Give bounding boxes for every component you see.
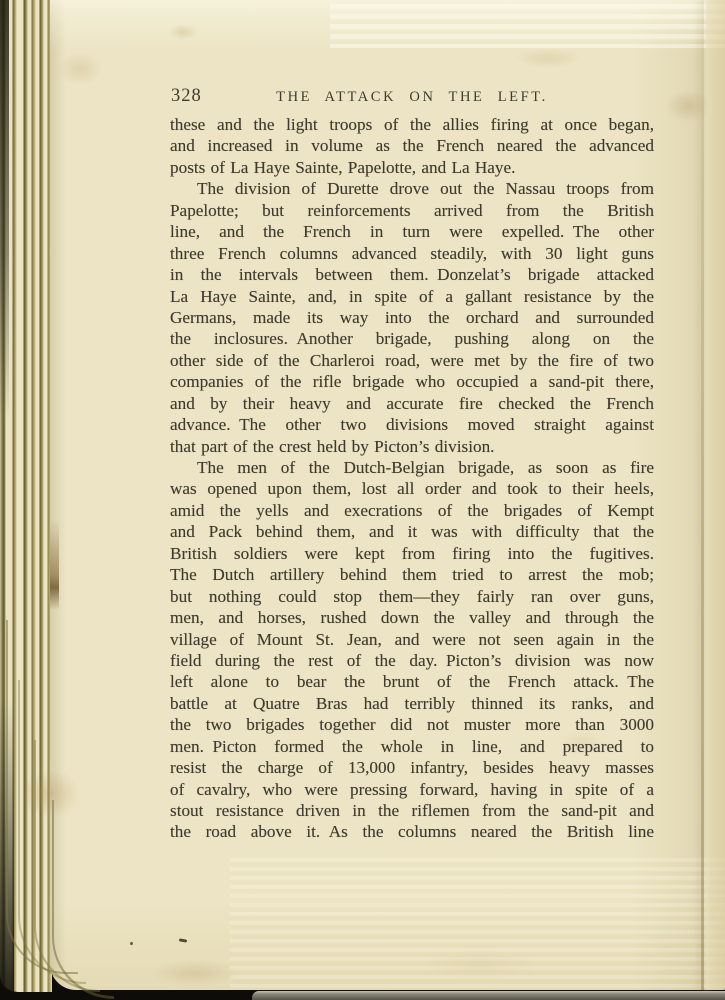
text-line: field during the rest of the day. Picton… <box>170 650 654 671</box>
foxing-stain <box>150 960 240 986</box>
text-line: The division of Durette drove out the Na… <box>170 178 654 199</box>
text-line: Germans, made its way into the orchard a… <box>170 307 654 328</box>
text-line: Papelotte; but reinforcements arrived fr… <box>170 200 654 221</box>
text-line: men. Picton formed the whole in line, an… <box>170 736 654 757</box>
text-body: these and the light troops of the allies… <box>170 114 654 843</box>
text-line: battle at Quatre Bras had terribly thinn… <box>170 693 654 714</box>
foxing-stain <box>58 52 102 86</box>
paper-streaks-top <box>330 4 725 48</box>
ink-dot <box>130 942 133 945</box>
text-line: three French columns advanced steadily, … <box>170 243 654 264</box>
paragraph: The division of Durette drove out the Na… <box>170 178 654 457</box>
text-line: stout resistance driven in the riflemen … <box>170 800 654 821</box>
foxing-stain <box>420 950 540 980</box>
foxing-stain <box>168 24 198 40</box>
text-line: La Haye Sainte, and, in spite of a galla… <box>170 286 654 307</box>
text-line: that part of the crest held by Picton’s … <box>170 436 654 457</box>
text-line: the road above it. As the columns neared… <box>170 821 654 842</box>
text-line: British soldiers were kept from firing i… <box>170 543 654 564</box>
text-line: The Dutch artillery behind them tried to… <box>170 564 654 585</box>
paragraph: these and the light troops of the allies… <box>170 114 654 178</box>
bottom-edge-band <box>252 991 725 1000</box>
text-line: amid the yells and execrations of the br… <box>170 500 654 521</box>
stack-top-shadow <box>0 0 9 420</box>
foxing-stain <box>666 90 710 122</box>
text-line: and Pack behind them, and it was with di… <box>170 521 654 542</box>
text-line: The men of the Dutch-Belgian brigade, as… <box>170 457 654 478</box>
text-line: and by their heavy and accurate fire che… <box>170 393 654 414</box>
page-header: 328 THE ATTACK ON THE LEFT. <box>170 86 654 108</box>
text-line: line, and the French in turn were expell… <box>170 221 654 242</box>
page-crease <box>701 0 704 990</box>
text-line: posts of La Haye Sainte, Papelotte, and … <box>170 157 654 178</box>
text-line: other side of the Charleroi road, were m… <box>170 350 654 371</box>
foxing-stain <box>515 48 581 68</box>
foxing-stain <box>20 770 80 818</box>
text-line: in the intervals between them. Donzelat’… <box>170 264 654 285</box>
text-line: the inclosures. Another brigade, pushing… <box>170 328 654 349</box>
running-header: THE ATTACK ON THE LEFT. <box>170 89 654 106</box>
text-line: these and the light troops of the allies… <box>170 114 654 135</box>
text-line: the two brigades together did not muster… <box>170 714 654 735</box>
edge-stain <box>50 520 59 610</box>
right-edge-tint <box>706 0 725 990</box>
text-line: of cavalry, who were pressing forward, h… <box>170 779 654 800</box>
curled-corner-arc <box>52 800 114 999</box>
text-line: and increased in volume as the French ne… <box>170 135 654 156</box>
text-line: companies of the rifle brigade who occup… <box>170 371 654 392</box>
text-line: left alone to bear the brunt of the Fren… <box>170 671 654 692</box>
book-scan: { "page": { "folio": "328", "running_hea… <box>0 0 725 1000</box>
text-line: advance. The other two divisions moved s… <box>170 414 654 435</box>
text-line: but nothing could stop them—they fairly … <box>170 586 654 607</box>
text-line: resist the charge of 13,000 infantry, be… <box>170 757 654 778</box>
paragraph: The men of the Dutch-Belgian brigade, as… <box>170 457 654 843</box>
text-line: men, and horses, rushed down the valley … <box>170 607 654 628</box>
text-line: village of Mount St. Jean, and were not … <box>170 629 654 650</box>
text-line: was opened upon them, lost all order and… <box>170 478 654 499</box>
